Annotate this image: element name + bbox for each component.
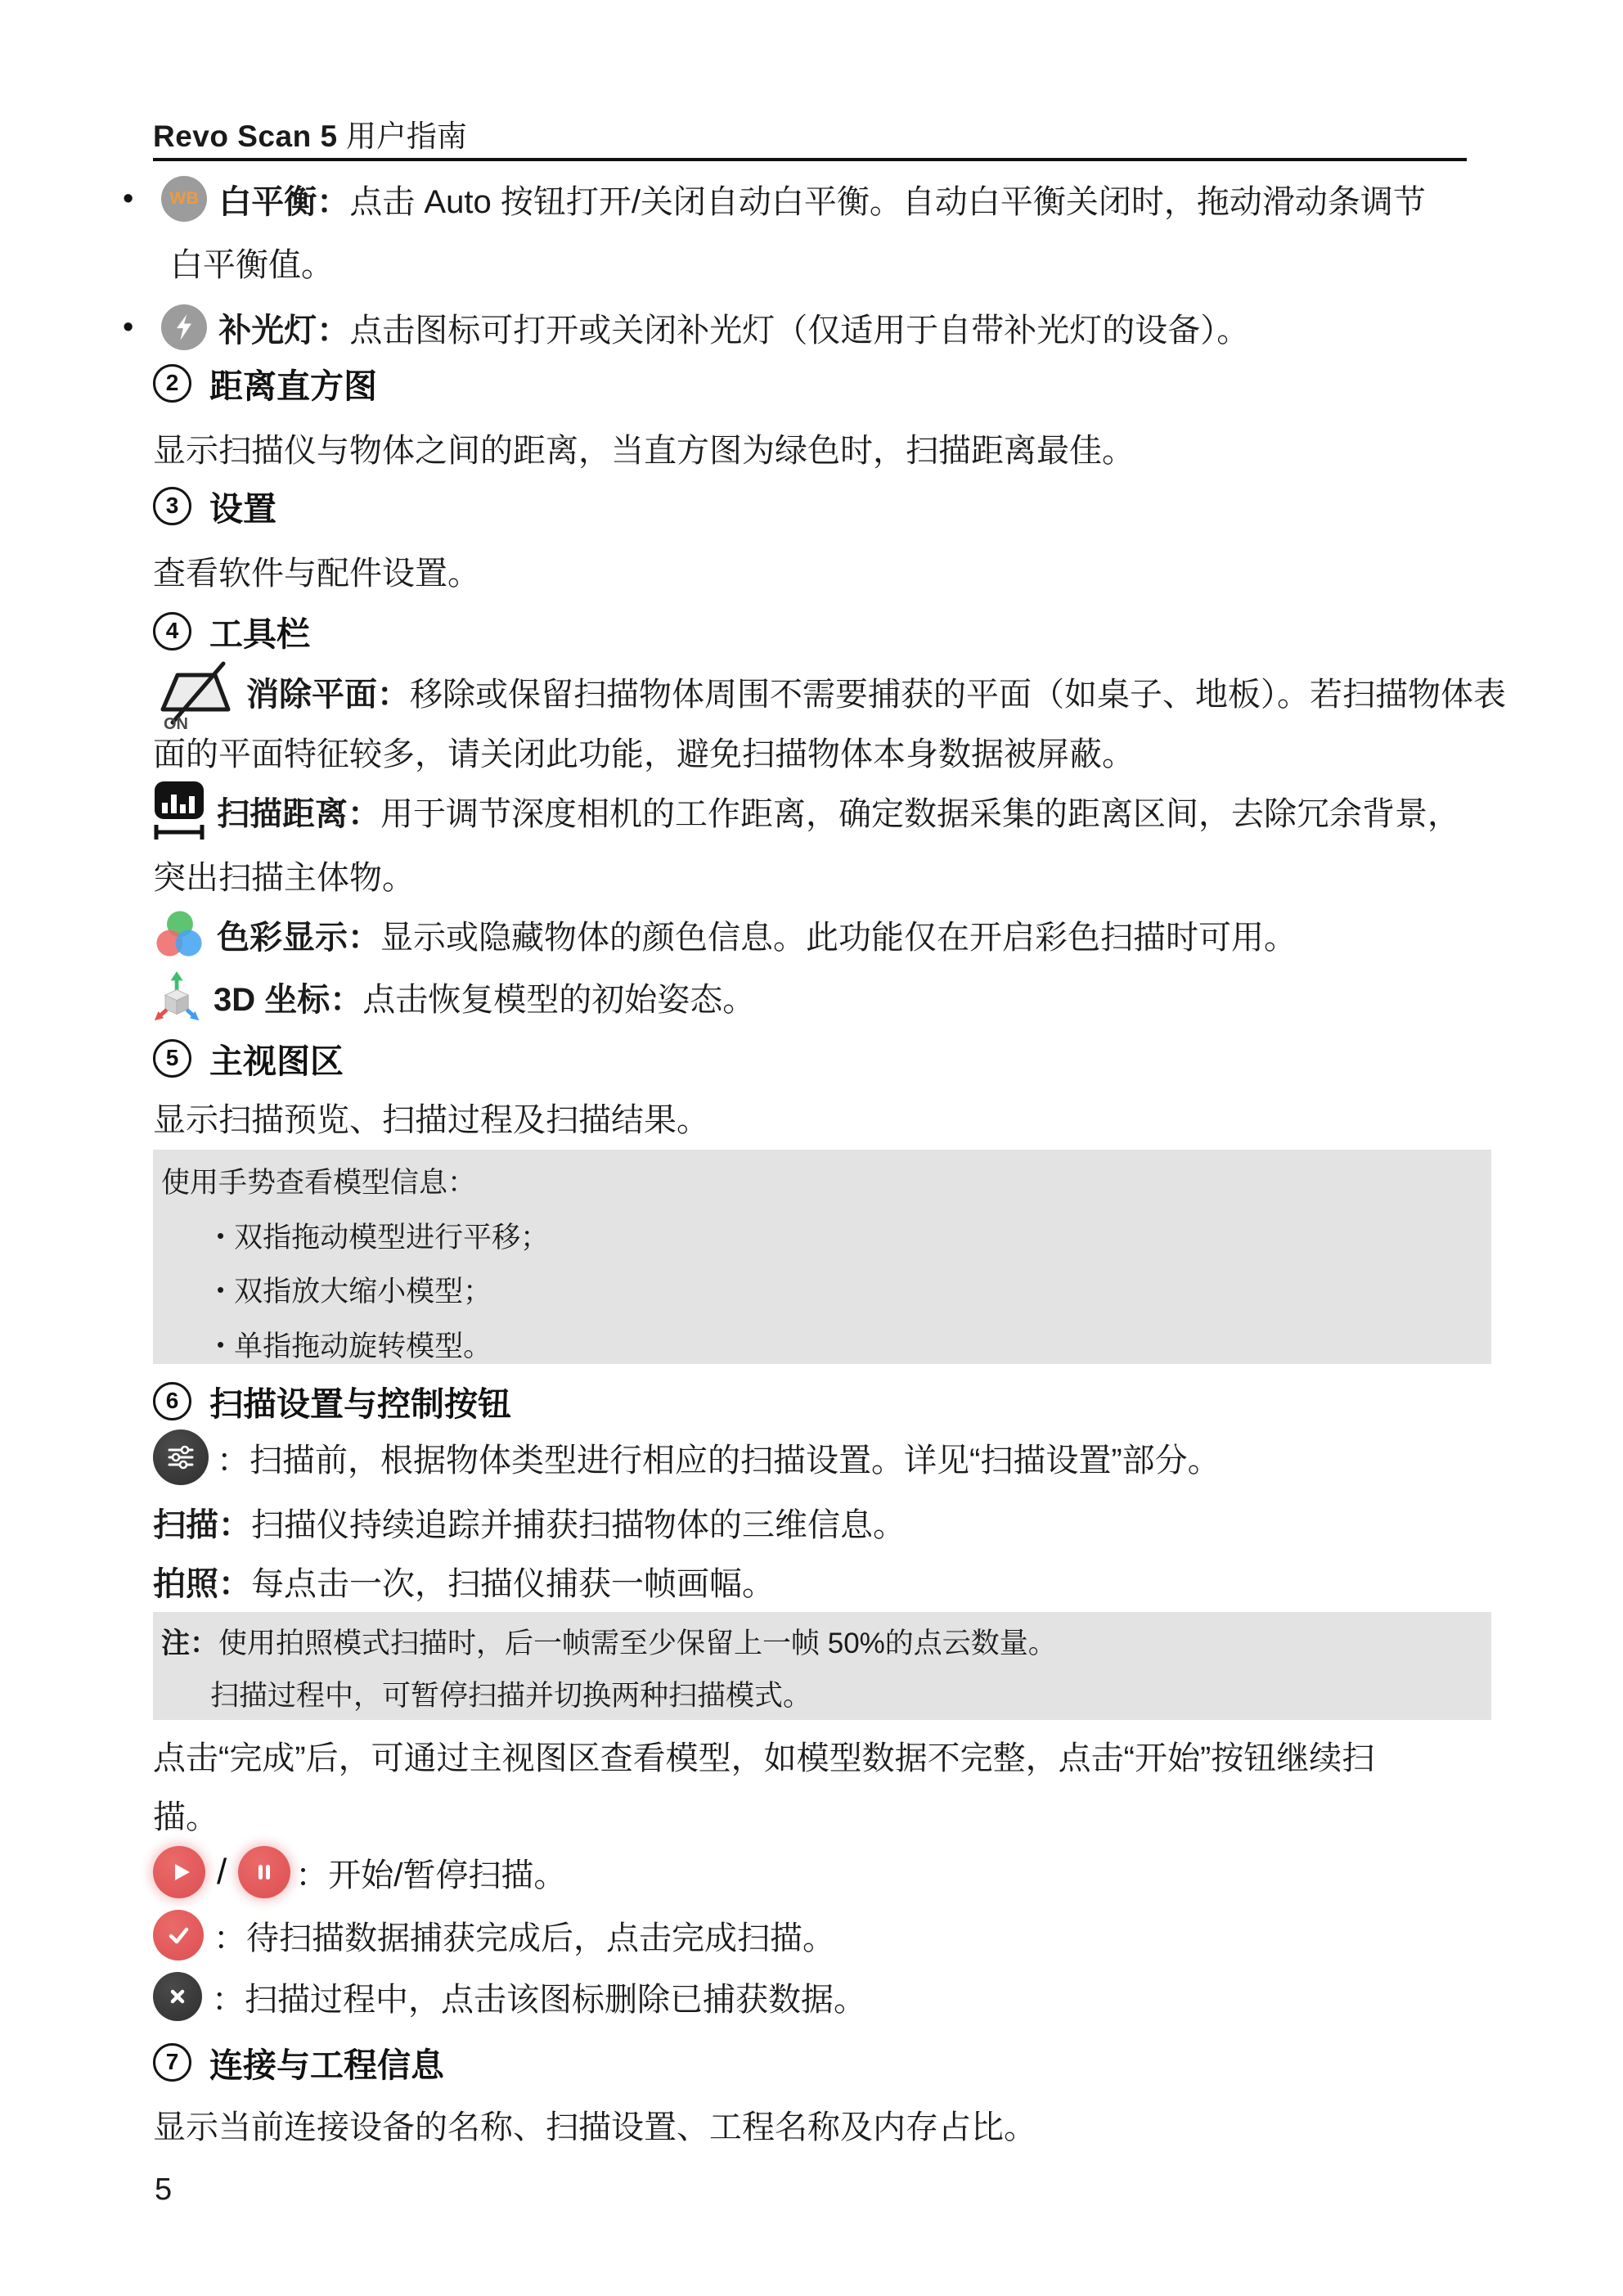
manual-page: Revo Scan 5 用户指南 • WB 白平衡： 点击 Auto 按钮打开/… bbox=[0, 0, 1623, 2296]
photo-note-box: 注： 使用拍照模式扫描时，后一帧需至少保留上一帧 50%的点云数量。 扫描过程中… bbox=[153, 1612, 1491, 1720]
section-3-title: 设置 bbox=[209, 482, 276, 530]
scan-distance-desc-cont: 突出扫描主体物。 bbox=[153, 843, 415, 907]
bullet-dot: • bbox=[217, 1277, 224, 1303]
delete-x-icon bbox=[153, 1972, 202, 2021]
white-balance-item: • WB 白平衡： 点击 Auto 按钮打开/关闭自动白平衡。自动白平衡关闭时，… bbox=[123, 167, 1426, 231]
photo-note-line1: 注： 使用拍照模式扫描时，后一帧需至少保留上一帧 50%的点云数量。 bbox=[161, 1614, 1057, 1668]
gesture-note-item: • 双指拖动模型进行平移； bbox=[217, 1209, 549, 1263]
lightning-glyph bbox=[172, 313, 196, 341]
start-pause-item: / ：开始/暂停扫描。 bbox=[153, 1840, 566, 1904]
delete-item: ：扫描过程中，点击该图标删除已捕获数据。 bbox=[153, 1965, 866, 2028]
photo-note-line2: 扫描过程中，可暂停扫描并切换两种扫描模式。 bbox=[210, 1667, 811, 1721]
scan-mode-desc: 扫描仪持续追踪并捕获扫描物体的三维信息。 bbox=[251, 1499, 906, 1546]
coordinates-item: 3D 坐标： 点击恢复模型的初始姿态。 bbox=[153, 965, 755, 1029]
remove-plane-term: 消除平面： bbox=[246, 669, 410, 715]
finish-paragraph: 点击“完成”后，可通过主视图区查看模型，如模型数据不完整，点击“开始”按钮继续扫 bbox=[153, 1723, 1374, 1787]
section-5-number: 5 bbox=[153, 1039, 191, 1078]
section-7-title: 连接与工程信息 bbox=[209, 2038, 444, 2087]
remove-plane-item: ON 消除平面： 移除或保留扫描物体周围不需要捕获的平面（如桌子、地板）。若扫描… bbox=[153, 660, 1506, 723]
remove-plane-desc-cont: 面的平面特征较多，请关闭此功能，避免扫描物体本身数据被屏蔽。 bbox=[153, 719, 1135, 783]
page-header: Revo Scan 5 用户指南 bbox=[153, 111, 467, 155]
section-4-title: 工具栏 bbox=[209, 607, 310, 655]
section-7-body: 显示当前连接设备的名称、扫描设置、工程名称及内存占比。 bbox=[153, 2092, 1036, 2156]
section-3-number: 3 bbox=[153, 487, 191, 525]
photo-mode-term: 拍照： bbox=[153, 1558, 251, 1605]
scan-mode-item: 扫描： 扫描仪持续追踪并捕获扫描物体的三维信息。 bbox=[153, 1490, 906, 1554]
fill-light-icon bbox=[161, 304, 207, 350]
section-7-heading: 7 连接与工程信息 bbox=[153, 2030, 444, 2094]
section-5-body: 显示扫描预览、扫描过程及扫描结果。 bbox=[153, 1085, 709, 1149]
color-display-desc: 显示或隐藏物体的颜色信息。此功能仅在开启彩色扫描时可用。 bbox=[380, 912, 1297, 958]
section-3-body: 查看软件与配件设置。 bbox=[153, 538, 480, 602]
section-4-heading: 4 工具栏 bbox=[153, 599, 310, 663]
remove-plane-desc: 移除或保留扫描物体周围不需要捕获的平面（如桌子、地板）。若扫描物体表 bbox=[410, 669, 1506, 715]
bullet-dot: • bbox=[123, 310, 133, 345]
white-balance-term: 白平衡： bbox=[218, 176, 349, 223]
start-icon bbox=[153, 1846, 205, 1898]
coordinates-term: 3D 坐标： bbox=[214, 974, 362, 1020]
photo-mode-desc: 每点击一次，扫描仪捕获一帧画幅。 bbox=[251, 1558, 775, 1605]
photo-mode-item: 拍照： 每点击一次，扫描仪捕获一帧画幅。 bbox=[153, 1549, 775, 1613]
scan-distance-term: 扫描距离： bbox=[217, 788, 380, 835]
3d-coordinates-icon bbox=[153, 970, 202, 1024]
bullet-dot: • bbox=[217, 1223, 224, 1249]
gesture-note-item: • 双指放大缩小模型； bbox=[217, 1263, 492, 1317]
page-number: 5 bbox=[155, 2158, 172, 2222]
start-pause-desc: ：开始/暂停扫描。 bbox=[295, 1849, 566, 1896]
color-display-term: 色彩显示： bbox=[217, 912, 380, 958]
white-balance-desc-cont: 白平衡值。 bbox=[170, 230, 334, 294]
complete-desc: ：待扫描数据捕获完成后，点击完成扫描。 bbox=[214, 1912, 835, 1959]
fill-light-item: • 补光灯： 点击图标可打开或关闭补光灯（仅适用于自带补光灯的设备）。 bbox=[123, 295, 1249, 359]
fill-light-desc: 点击图标可打开或关闭补光灯（仅适用于自带补光灯的设备）。 bbox=[349, 304, 1249, 351]
section-5-heading: 5 主视图区 bbox=[153, 1026, 344, 1090]
scan-settings-icon bbox=[153, 1429, 209, 1485]
scan-distance-item: 扫描距离： 用于调节深度相机的工作距离，确定数据采集的距离区间，去除冗余背景， bbox=[153, 779, 1460, 843]
app-title: Revo Scan 5 bbox=[153, 119, 338, 153]
scan-settings-item: ：扫描前，根据物体类型进行相应的扫描设置。详见“扫描设置”部分。 bbox=[153, 1425, 1221, 1489]
section-3-heading: 3 设置 bbox=[153, 474, 276, 538]
white-balance-desc: 点击 Auto 按钮打开/关闭自动白平衡。自动白平衡关闭时，拖动滑动条调节 bbox=[349, 176, 1426, 223]
scan-distance-desc: 用于调节深度相机的工作距离，确定数据采集的距离区间，去除冗余背景， bbox=[380, 788, 1460, 835]
color-display-icon bbox=[153, 910, 205, 959]
section-2-title: 距离直方图 bbox=[209, 359, 377, 407]
fill-light-term: 补光灯： bbox=[218, 304, 349, 351]
page-header-suffix: 用户指南 bbox=[346, 119, 467, 153]
section-2-heading: 2 距离直方图 bbox=[153, 351, 377, 415]
gesture-note-title: 使用手势查看模型信息： bbox=[161, 1154, 476, 1208]
gesture-note-box: 使用手势查看模型信息： • 双指拖动模型进行平移； • 双指放大缩小模型； • … bbox=[153, 1150, 1491, 1364]
section-4-number: 4 bbox=[153, 612, 191, 651]
scan-settings-desc: ：扫描前，根据物体类型进行相应的扫描设置。详见“扫描设置”部分。 bbox=[217, 1434, 1221, 1481]
delete-desc: ：扫描过程中，点击该图标删除已捕获数据。 bbox=[212, 1974, 866, 2020]
section-2-body: 显示扫描仪与物体之间的距离，当直方图为绿色时，扫描距离最佳。 bbox=[153, 416, 1135, 479]
gesture-note-item: • 单指拖动旋转模型。 bbox=[217, 1317, 492, 1371]
section-6-heading: 6 扫描设置与控制按钮 bbox=[153, 1369, 511, 1433]
coordinates-desc: 点击恢复模型的初始姿态。 bbox=[362, 974, 755, 1020]
complete-check-icon bbox=[153, 1910, 204, 1961]
scan-distance-icon bbox=[153, 780, 205, 842]
pause-icon bbox=[238, 1846, 290, 1898]
section-6-title: 扫描设置与控制按钮 bbox=[209, 1377, 511, 1425]
header-rule bbox=[153, 158, 1467, 161]
white-balance-icon: WB bbox=[161, 176, 207, 222]
separator-slash: / bbox=[217, 1852, 227, 1893]
section-2-number: 2 bbox=[153, 364, 191, 403]
section-7-number: 7 bbox=[153, 2043, 191, 2082]
bullet-dot: • bbox=[123, 182, 133, 217]
color-display-item: 色彩显示： 显示或隐藏物体的颜色信息。此功能仅在开启彩色扫描时可用。 bbox=[153, 903, 1297, 966]
section-5-title: 主视图区 bbox=[209, 1034, 344, 1083]
scan-mode-term: 扫描： bbox=[153, 1499, 251, 1546]
bullet-dot: • bbox=[217, 1332, 224, 1357]
complete-item: ：待扫描数据捕获完成后，点击完成扫描。 bbox=[153, 1903, 835, 1967]
finish-paragraph-cont: 描。 bbox=[153, 1782, 218, 1846]
note-label: 注： bbox=[161, 1621, 218, 1662]
section-6-number: 6 bbox=[153, 1382, 191, 1420]
